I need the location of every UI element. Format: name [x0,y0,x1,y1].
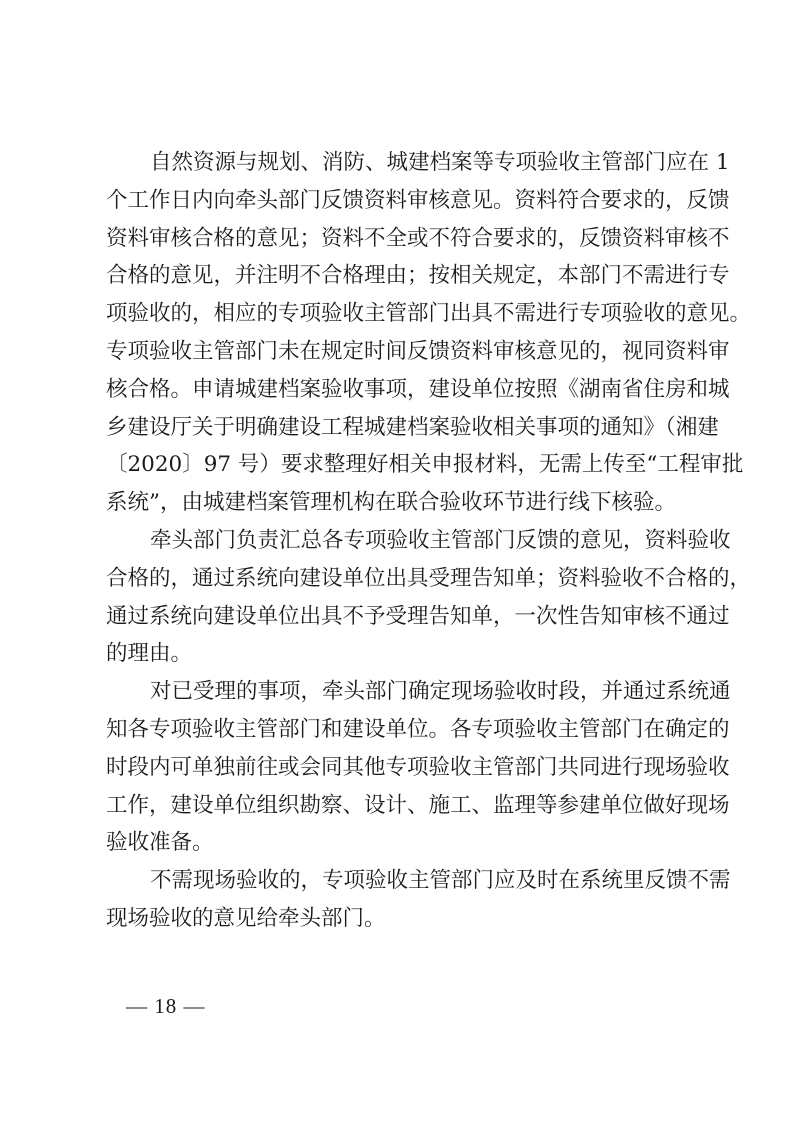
text-line: 时段内可单独前往或会同其他专项验收主管部门共同进行现场验收 [106,749,688,787]
text-line: 知各专项验收主管部门和建设单位。各专项验收主管部门在确定的 [106,711,688,749]
text-line: 自然资源与规划、消防、城建档案等专项验收主管部门应在 1 [106,144,688,182]
text-line: 个工作日内向牵头部门反馈资料审核意见。资料符合要求的，反馈 [106,182,688,220]
body-text: 自然资源与规划、消防、城建档案等专项验收主管部门应在 1 个工作日内向牵头部门反… [106,144,688,938]
text-line: 不需现场验收的，专项验收主管部门应及时在系统里反馈不需 [106,862,688,900]
text-line: 乡建设厅关于明确建设工程城建档案验收相关事项的通知》（湘建 [106,409,688,447]
text-line: 的理由。 [106,635,688,673]
text-line: 通过系统向建设单位出具不予受理告知单，一次性告知审核不通过 [106,598,688,636]
text-line: 系统”，由城建档案管理机构在联合验收环节进行线下核验。 [106,484,688,522]
text-line: 〔2020〕97 号）要求整理好相关申报材料，无需上传至“工程审批 [106,446,688,484]
document-page: 自然资源与规划、消防、城建档案等专项验收主管部门应在 1 个工作日内向牵头部门反… [0,0,793,1122]
paragraph-3: 对已受理的事项，牵头部门确定现场验收时段，并通过系统通 知各专项验收主管部门和建… [106,673,688,862]
text-line: 对已受理的事项，牵头部门确定现场验收时段，并通过系统通 [106,673,688,711]
page-number: — 18 — [126,994,206,1019]
text-line: 项验收的，相应的专项验收主管部门出具不需进行专项验收的意见。 [106,295,688,333]
text-line: 专项验收主管部门未在规定时间反馈资料审核意见的，视同资料审 [106,333,688,371]
text-line: 资料审核合格的意见；资料不全或不符合要求的，反馈资料审核不 [106,220,688,258]
text-line: 牵头部门负责汇总各专项验收主管部门反馈的意见，资料验收 [106,522,688,560]
text-line: 核合格。申请城建档案验收事项，建设单位按照《湖南省住房和城 [106,371,688,409]
paragraph-1: 自然资源与规划、消防、城建档案等专项验收主管部门应在 1 个工作日内向牵头部门反… [106,144,688,522]
text-line: 合格的，通过系统向建设单位出具受理告知单；资料验收不合格的， [106,560,688,598]
paragraph-4: 不需现场验收的，专项验收主管部门应及时在系统里反馈不需 现场验收的意见给牵头部门… [106,862,688,938]
text-line: 现场验收的意见给牵头部门。 [106,900,688,938]
text-line: 验收准备。 [106,824,688,862]
text-line: 工作，建设单位组织勘察、设计、施工、监理等参建单位做好现场 [106,787,688,825]
text-line: 合格的意见，并注明不合格理由；按相关规定，本部门不需进行专 [106,257,688,295]
paragraph-2: 牵头部门负责汇总各专项验收主管部门反馈的意见，资料验收 合格的，通过系统向建设单… [106,522,688,673]
